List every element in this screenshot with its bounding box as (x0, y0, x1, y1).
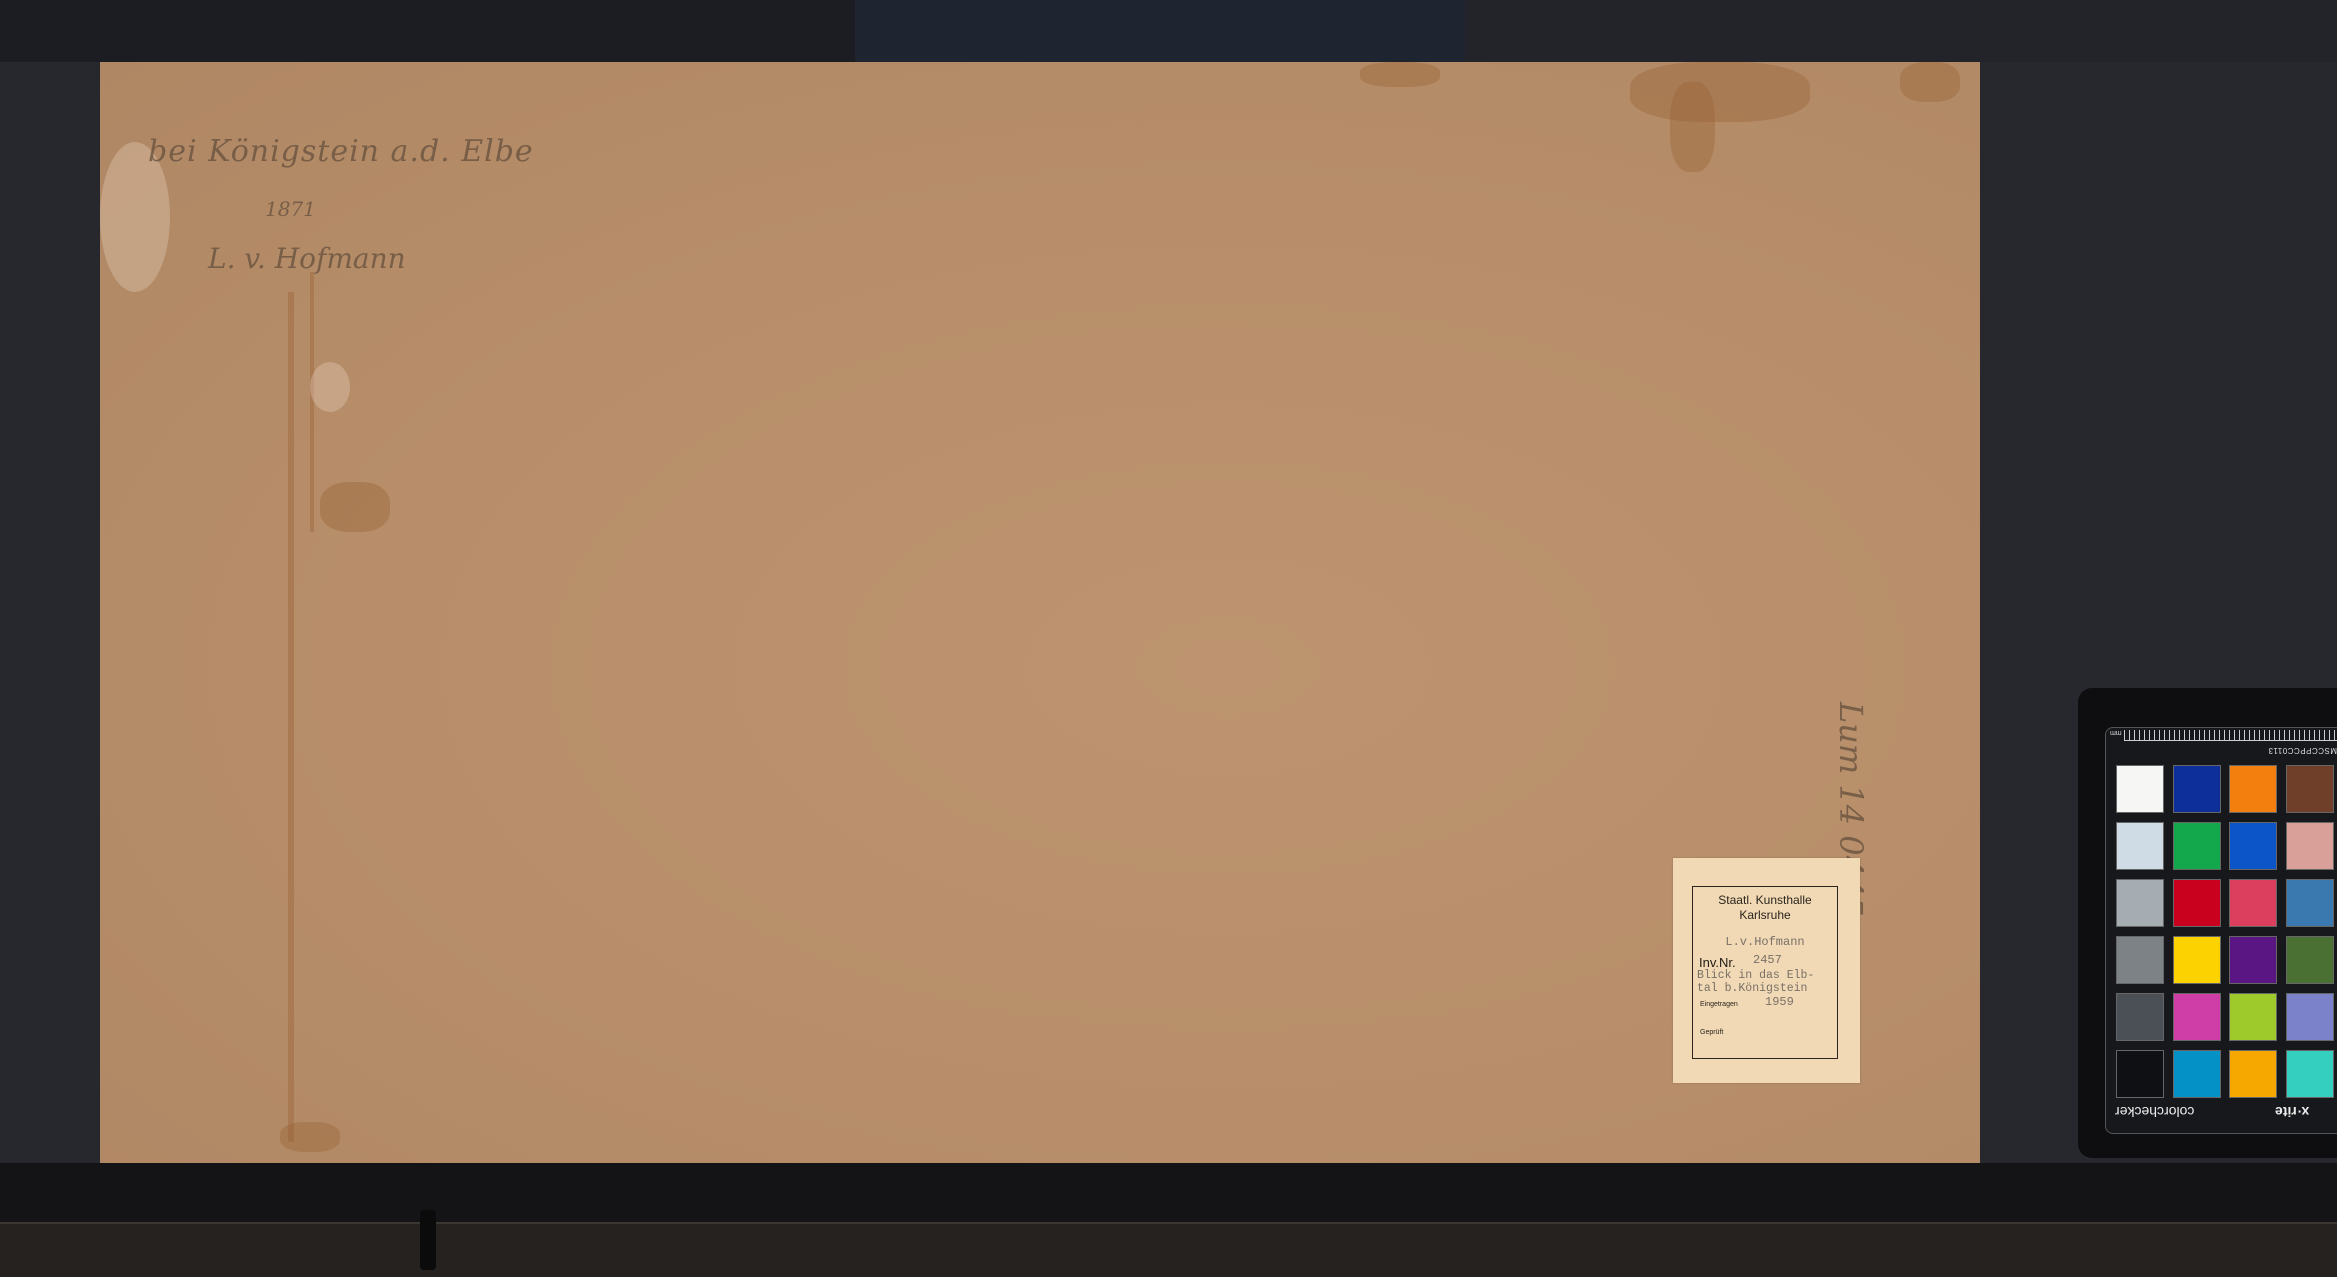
color-swatch (2116, 993, 2164, 1041)
handwritten-title: bei Königstein a.d. Elbe (148, 134, 534, 169)
label-border: Staatl. Kunsthalle Karlsruhe L.v.Hofmann… (1692, 886, 1838, 1059)
label-inv-caption: Inv.Nr. (1699, 955, 1736, 970)
color-swatch (2173, 993, 2221, 1041)
water-stain (1360, 62, 1440, 87)
color-swatch (2173, 765, 2221, 813)
scuff-mark (310, 362, 350, 412)
color-swatch (2286, 993, 2334, 1041)
background-top-right (1465, 0, 2337, 62)
color-swatch (2229, 1050, 2277, 1098)
color-swatch (2173, 1050, 2221, 1098)
color-swatch (2286, 822, 2334, 870)
label-checked-caption: Geprüft (1700, 1029, 1723, 1036)
ledge-shadow (0, 1163, 2337, 1223)
water-stain (1900, 62, 1960, 102)
mm-ruler (2124, 730, 2337, 741)
label-artist: L.v.Hofmann (1693, 935, 1837, 949)
color-swatch (2173, 879, 2221, 927)
label-inv-number: 2457 (1753, 953, 1782, 967)
label-registered-caption: Eingetragen (1700, 1001, 1738, 1008)
label-institution: Staatl. Kunsthalle Karlsruhe (1693, 893, 1837, 923)
ledge-plank (0, 1222, 2337, 1277)
water-stain (1670, 82, 1715, 172)
color-swatch (2229, 993, 2277, 1041)
color-swatch (2116, 765, 2164, 813)
handwritten-year: 1871 (265, 197, 316, 221)
label-title-line2: tal b.Königstein (1697, 982, 1807, 995)
handwritten-signature: L. v. Hofmann (208, 242, 406, 275)
color-swatch (2229, 879, 2277, 927)
ledge-peg (420, 1210, 436, 1270)
color-swatch (2229, 822, 2277, 870)
color-swatch (2286, 765, 2334, 813)
color-swatch (2116, 822, 2164, 870)
color-swatch (2116, 1050, 2164, 1098)
xrite-logo: x·rite (2275, 1104, 2309, 1120)
stain-streak (288, 292, 294, 1142)
ruler-unit: mm (2110, 729, 2122, 736)
water-stain (320, 482, 390, 532)
color-swatch (2173, 936, 2221, 984)
label-institution-line1: Staatl. Kunsthalle (1693, 893, 1837, 908)
label-institution-line2: Karlsruhe (1693, 908, 1837, 923)
card-code: MSCCPPCC0113 (2268, 746, 2337, 755)
color-swatch (2286, 936, 2334, 984)
water-stain (280, 1122, 340, 1152)
background-top-panel (855, 0, 1465, 62)
background-top-left (0, 0, 855, 62)
color-swatch (2286, 879, 2334, 927)
water-stain (1630, 62, 1810, 122)
color-swatch (2229, 765, 2277, 813)
color-swatch (2286, 1050, 2334, 1098)
painting-back-board: bei Königstein a.d. Elbe 1871 L. v. Hofm… (100, 62, 1980, 1163)
label-title-line1: Blick in das Elb- (1697, 969, 1814, 982)
label-registered-year: 1959 (1765, 995, 1794, 1009)
colorchecker-logo: colorchecker (2115, 1104, 2194, 1120)
color-swatch (2116, 879, 2164, 927)
color-swatch (2173, 822, 2221, 870)
color-swatch (2229, 936, 2277, 984)
museum-inventory-label: Staatl. Kunsthalle Karlsruhe L.v.Hofmann… (1673, 858, 1860, 1083)
color-swatch (2116, 936, 2164, 984)
